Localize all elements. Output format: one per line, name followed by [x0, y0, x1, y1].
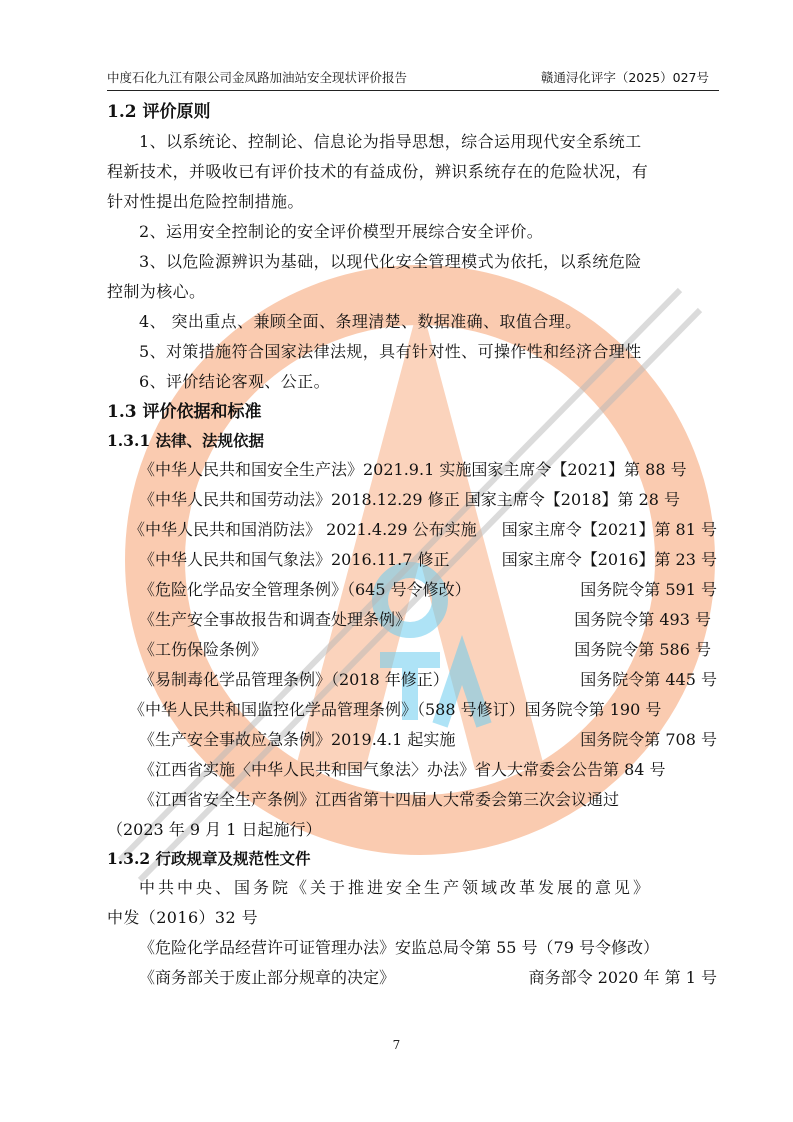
principle-item: 1、以系统论、控制论、信息论为指导思想，综合运用现代安全系统工 程新技术，并吸收…	[107, 127, 719, 217]
section-heading: 1.2 评价原则	[107, 97, 719, 127]
law-row: 《中华人民共和国监控化学品管理条例》（588 号修订）国务院令第 190 号	[107, 695, 719, 725]
law-row: 《生产安全事故应急条例》2019.4.1 起实施国务院令第 708 号	[107, 725, 719, 755]
law-row: 《中华人民共和国消防法》 2021.4.29 公布实施国家主席令【2021】第 …	[107, 515, 719, 545]
principle-item: 6、评价结论客观、公正。	[107, 367, 719, 397]
page-body: 1.2 评价原则 1、以系统论、控制论、信息论为指导思想，综合运用现代安全系统工…	[107, 97, 719, 993]
law-row: 《危险化学品安全管理条例》（645 号令修改）国务院令第 591 号	[107, 575, 719, 605]
page-number: 7	[0, 1038, 793, 1052]
law-row-continuation: （2023 年 9 月 1 日起施行）	[107, 815, 719, 845]
report-number: 赣通浔化评字（2025）027号	[541, 68, 709, 86]
principle-item: 5、对策措施符合国家法律法规，具有针对性、可操作性和经济合理性	[107, 337, 719, 367]
principle-item: 4、 突出重点、兼顾全面、条理清楚、数据准确、取值合理。	[107, 307, 719, 337]
page-header: 中度石化九江有限公司金凤路加油站安全现状评价报告 赣通浔化评字（2025）027…	[107, 68, 719, 91]
principle-item: 2、运用安全控制论的安全评价模型开展综合安全评价。	[107, 217, 719, 247]
law-row: 《生产安全事故报告和调查处理条例》国务院令第 493 号	[107, 605, 719, 635]
regulation-paragraph: 中共中央、国务院《关于推进安全生产领域改革发展的意见》 中发（2016）32 号	[107, 873, 719, 933]
law-row: 《中华人民共和国安全生产法》2021.9.1 实施国家主席令【2021】第 88…	[107, 455, 719, 485]
subsection-heading: 1.3.1 法律、法规依据	[107, 427, 719, 455]
regulation-row: 《危险化学品经营许可证管理办法》安监总局令第 55 号（79 号令修改）	[107, 933, 719, 963]
report-title: 中度石化九江有限公司金凤路加油站安全现状评价报告	[107, 68, 407, 86]
law-row: 《中华人民共和国气象法》2016.11.7 修正国家主席令【2016】第 23 …	[107, 545, 719, 575]
regulation-row: 《商务部关于废止部分规章的决定》商务部令 2020 年 第 1 号	[107, 963, 719, 993]
section-heading: 1.3 评价依据和标准	[107, 397, 719, 427]
law-row: 《江西省实施〈中华人民共和国气象法〉办法》省人大常委会公告第 84 号	[107, 755, 719, 785]
law-row: 《工伤保险条例》国务院令第 586 号	[107, 635, 719, 665]
document-page: 中度石化九江有限公司金凤路加油站安全现状评价报告 赣通浔化评字（2025）027…	[0, 0, 793, 1122]
subsection-heading: 1.3.2 行政规章及规范性文件	[107, 845, 719, 873]
law-row: 《江西省安全生产条例》江西省第十四届人大常委会第三次会议通过	[107, 785, 719, 815]
law-row: 《易制毒化学品管理条例》（2018 年修正）国务院令第 445 号	[107, 665, 719, 695]
principle-item: 3、以危险源辨识为基础，以现代化安全管理模式为依托，以系统危险 控制为核心。	[107, 247, 719, 307]
law-row: 《中华人民共和国劳动法》2018.12.29 修正 国家主席令【2018】第 2…	[107, 485, 719, 515]
